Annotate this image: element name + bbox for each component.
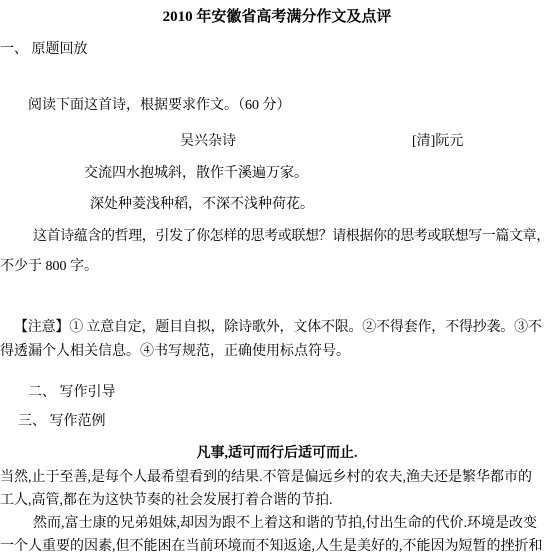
poem-title: 吴兴杂诗 [180, 133, 236, 150]
essay-title: 凡事,适可而行后适可而止. [0, 445, 554, 462]
task-instruction: 阅读下面这首诗，根据要求作文。（60 分） [28, 97, 291, 114]
document-title: 2010 年安徽省高考满分作文及点评 [0, 9, 554, 26]
prompt-line-1: 这首诗蕴含的哲理，引发了你怎样的思考或联想？请根据你的思考或联想写一篇文章， [33, 228, 550, 245]
section-3-heading: 三、 写作范例 [18, 413, 106, 430]
notice-line-2: 得透漏个人相关信息。④书写规范，正确使用标点符号。 [0, 343, 350, 360]
essay-paragraph-2-line-2: 一个人重要的因素,但不能困在当前环境而不知返途,人生是美好的,不能因为短暂的挫折… [0, 538, 543, 555]
prompt-line-2: 不少于 800 字。 [0, 258, 98, 275]
poem-line-1: 交流四水抱城斜，散作千溪遍万家。 [84, 165, 308, 182]
essay-paragraph-1-line-2: 工人,高管,都在为这快节奏的社会发展打着合谐的节拍. [0, 492, 333, 509]
essay-paragraph-1-line-1: 当然,止于至善,是每个人最希望看到的结果.不管是偏远乡村的农夫,渔夫还是繁华都市… [0, 469, 532, 486]
poem-line-2: 深处种菱浅种稻，不深不浅种荷花。 [90, 196, 314, 213]
essay-paragraph-2-line-1: 然而,富士康的兄弟姐妹,却因为跟不上着这和谐的节拍,付出生命的代价.环境是改变 [33, 515, 537, 532]
notice-line-1: 【注意】① 立意自定，题目自拟，除诗歌外，文体不限。②不得套作，不得抄袭。③不 [14, 319, 542, 336]
document-page: 2010 年安徽省高考满分作文及点评 一、 原题回放 阅读下面这首诗，根据要求作… [0, 0, 554, 556]
section-1-heading: 一、 原题回放 [0, 41, 88, 58]
section-2-heading: 二、 写作引导 [28, 384, 116, 401]
poem-author: [清]阮元 [412, 133, 463, 150]
